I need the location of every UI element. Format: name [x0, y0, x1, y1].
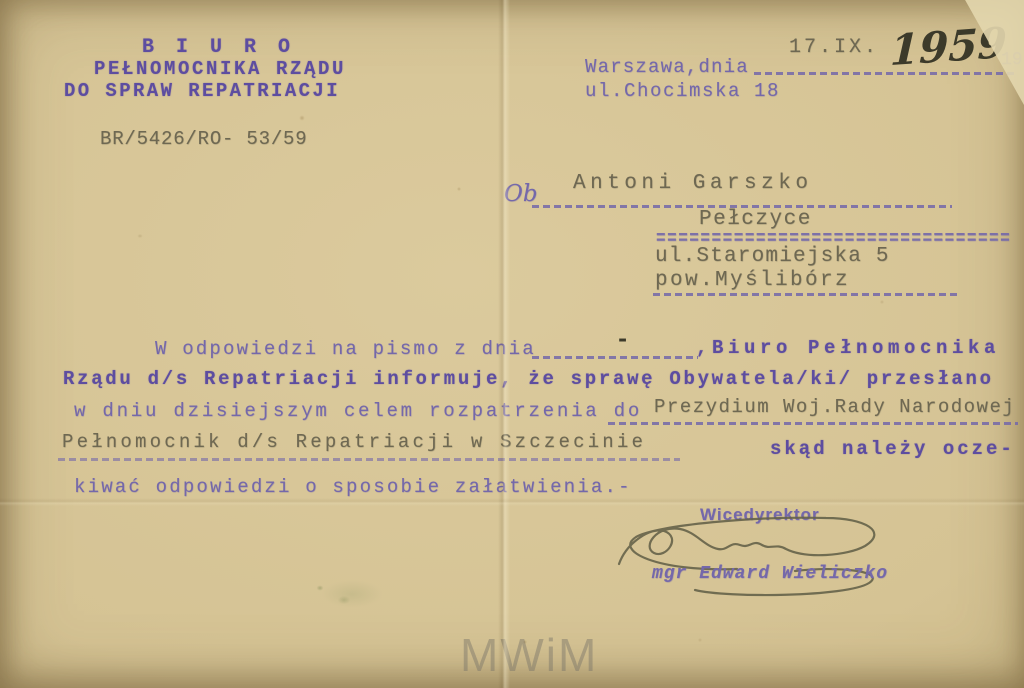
year-preprint: 19 — [1001, 50, 1023, 70]
fold-crease-horizontal — [0, 498, 1024, 506]
watermark-text: MWiM — [460, 628, 598, 682]
body-line1-dash: - — [618, 326, 627, 352]
body-line4-fill: Pełnomocnik d/s Repatriacji w Szczecinie — [62, 431, 646, 453]
body-line3-left: w dniu dzisiejszym celem rozpatrzenia do — [74, 400, 642, 422]
reference-number: BR/5426/RO- 53/59 — [100, 128, 307, 150]
letterhead-line3: DO SPRAW REPATRIACJI — [64, 80, 340, 102]
body-line3-fill: Prezydium Woj.Rady Narodowej — [654, 396, 1015, 418]
signature-title: Wicedyrektor — [700, 505, 820, 525]
addressee-name: Antoni Garszko — [573, 172, 812, 195]
year-handwritten: 1959 — [889, 18, 1007, 75]
body-line1-blank-underline — [532, 356, 698, 359]
body-line1-right: ,Biuro Pełnomocnika — [696, 337, 1000, 359]
addressee-salutation: Ob — [504, 181, 538, 207]
body-line5: kiwać odpowiedzi o sposobie załatwienia.… — [74, 476, 632, 498]
letterhead-line2: PEŁNOMOCNIKA RZĄDU — [94, 58, 346, 80]
sender-address: ul.Chocimska 18 — [585, 80, 780, 102]
addressee-street: ul.Staromiejska 5 — [655, 245, 890, 268]
document-paper: B I U R O PEŁNOMOCNIKA RZĄDU DO SPRAW RE… — [0, 0, 1024, 688]
date-typed: 17.IX. — [789, 36, 879, 59]
date-underline — [754, 72, 1016, 75]
body-line4-underline — [58, 458, 680, 461]
body-line3-underline — [608, 422, 1018, 425]
body-line1-left: W odpowiedzi na pismo z dnia — [155, 338, 536, 360]
body-line2: Rządu d/s Repatriacji informuje, że spra… — [63, 368, 994, 390]
addressee-district: pow.Myślibórz — [655, 269, 850, 292]
addressee-underline-2 — [653, 293, 961, 296]
date-place-label: Warszawa,dnia — [585, 56, 749, 78]
body-line4-right: skąd należy ocze- — [770, 438, 1015, 460]
letterhead-line1: B I U R O — [142, 36, 295, 59]
signature-name-stamp: mgr Edward Wieliczko — [652, 564, 888, 584]
